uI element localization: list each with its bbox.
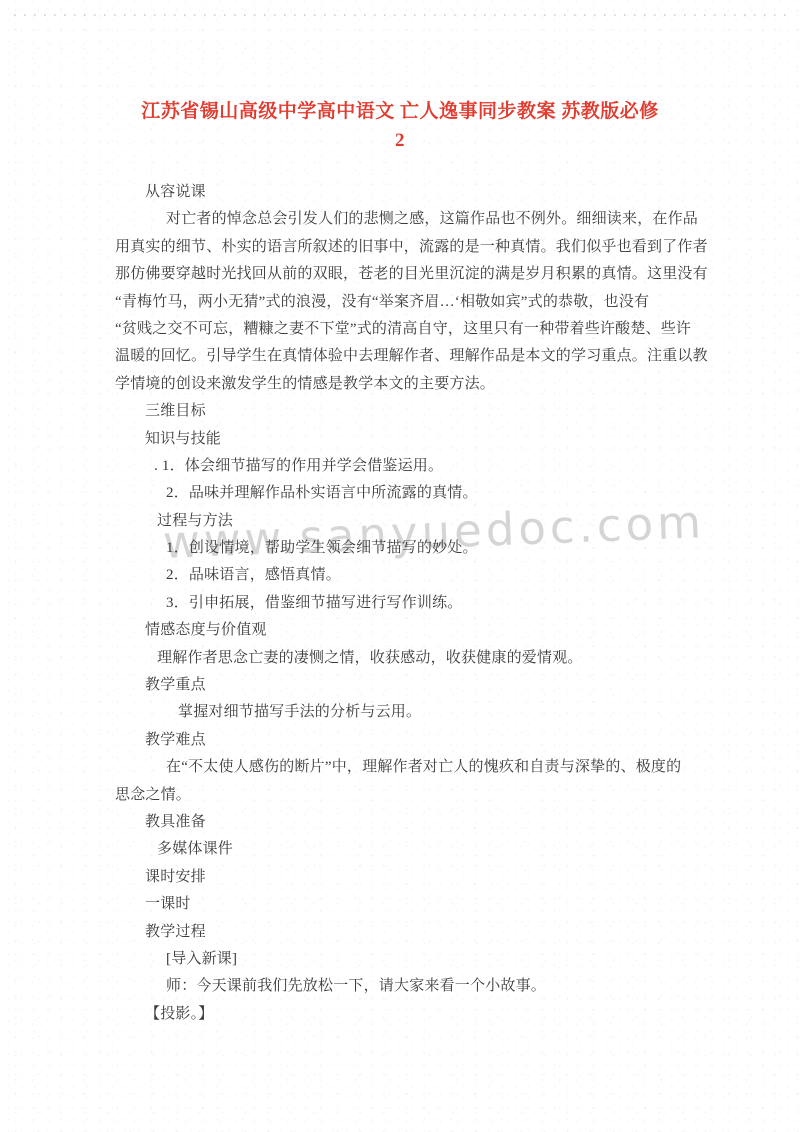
- doc-line: 三维目标: [100, 398, 720, 425]
- doc-line: 2．品味语言，感悟真情。: [100, 562, 720, 589]
- scan-noise-row: [14, 14, 786, 16]
- doc-line: 情感态度与价值观: [100, 617, 720, 644]
- document-title-line-2: 2: [100, 126, 700, 155]
- doc-line: 温暖的回忆。引导学生在真情体验中去理解作者、理解作品是本文的学习重点。注重以教: [100, 343, 720, 370]
- document-title-line-1: 江苏省锡山高级中学高中语文 亡人逸事同步教案 苏教版必修: [100, 97, 700, 126]
- doc-line: “青梅竹马，两小无猜”式的浪漫，没有“举案齐眉…‘相敬如宾”式的恭敬，也没有: [100, 289, 720, 316]
- doc-line: 师：今天课前我们先放松一下，请大家来看一个小故事。: [100, 973, 720, 1000]
- doc-line: 对亡者的悼念总会引发人们的悲恻之感，这篇作品也不例外。细细读来，在作品: [100, 206, 720, 233]
- doc-line: 理解作者思念亡妻的凄恻之情，收获感动，收获健康的爱情观。: [100, 645, 720, 672]
- doc-line: 多媒体课件: [100, 836, 720, 863]
- doc-line: [导入新课]: [100, 946, 720, 973]
- doc-line: 掌握对细节描写手法的分析与云用。: [100, 699, 720, 726]
- doc-line: 1．创设情境，帮助学生领会细节描写的妙处。: [100, 535, 720, 562]
- doc-line: 【投影。】: [100, 1001, 720, 1028]
- doc-line: 思念之情。: [100, 782, 720, 809]
- doc-line: 用真实的细节、朴实的语言所叙述的旧事中，流露的是一种真情。我们似乎也看到了作者: [100, 234, 720, 261]
- document-body: 从容说课 对亡者的悼念总会引发人们的悲恻之感，这篇作品也不例外。细细读来，在作品…: [100, 179, 720, 1028]
- doc-line: 课时安排: [100, 864, 720, 891]
- doc-line: 教具准备: [100, 809, 720, 836]
- document-title: 江苏省锡山高级中学高中语文 亡人逸事同步教案 苏教版必修 2: [100, 97, 700, 155]
- doc-line: . 1．体会细节描写的作用并学会借鉴运用。: [100, 453, 720, 480]
- doc-line: 3．引申拓展，借鉴细节描写进行写作训练。: [100, 590, 720, 617]
- doc-line: 教学难点: [100, 727, 720, 754]
- doc-line: 一课时: [100, 891, 720, 918]
- doc-line: “贫贱之交不可忘，糟糠之妻不下堂”式的清高自守，这里只有一种带着些许酸楚、些许: [100, 316, 720, 343]
- doc-line: 过程与方法: [100, 508, 720, 535]
- doc-line: 那仿佛要穿越时光找回从前的双眼，苍老的目光里沉淀的满是岁月积累的真情。这里没有: [100, 261, 720, 288]
- scanned-document-page: 江苏省锡山高级中学高中语文 亡人逸事同步教案 苏教版必修 2 www.sanyu…: [0, 0, 800, 1132]
- doc-line: 教学重点: [100, 672, 720, 699]
- doc-line: 在“不太使人感伤的断片”中，理解作者对亡人的愧疚和自责与深挚的、极度的: [100, 754, 720, 781]
- doc-line: 从容说课: [100, 179, 720, 206]
- doc-line: 2．品味并理解作品朴实语言中所流露的真情。: [100, 480, 720, 507]
- doc-line: 学情境的创设来激发学生的情感是教学本文的主要方法。: [100, 371, 720, 398]
- doc-line: 知识与技能: [100, 426, 720, 453]
- doc-line: 教学过程: [100, 919, 720, 946]
